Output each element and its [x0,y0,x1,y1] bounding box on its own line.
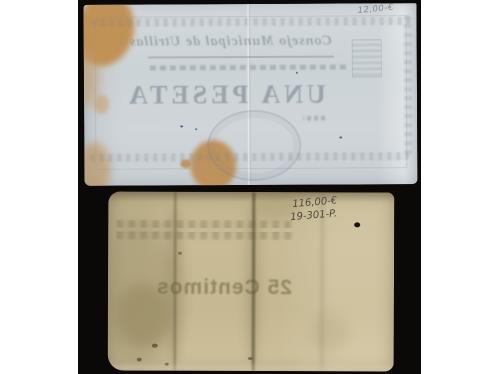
auction-lot-photo: Consejo Municipal de Utrillas UNA PESETA… [0,0,500,374]
banknote-una-peseta-back: Consejo Municipal de Utrillas UNA PESETA… [84,3,418,186]
mirrored-showthrough-layer: 25 Centimos [108,192,395,372]
banknote-25-centimos-back: 25 Centimos 116,00-€ 19-301-P. [108,192,395,372]
ink-dot [339,137,342,139]
title-underline [148,56,334,59]
mirrored-showthrough-layer: Consejo Municipal de Utrillas UNA PESETA [84,3,418,186]
signature-showthrough [303,116,325,121]
ink-dot [195,128,197,130]
pinhole [354,222,360,227]
denomination-showthrough: UNA PESETA [106,80,345,111]
issuer-title-showthrough: Consejo Municipal de Utrillas [142,34,332,51]
dark-speck [296,72,298,74]
ink-dot [180,125,183,127]
subtitle-showthrough [148,65,346,71]
denomination-showthrough: 25 Centimos [160,276,292,300]
